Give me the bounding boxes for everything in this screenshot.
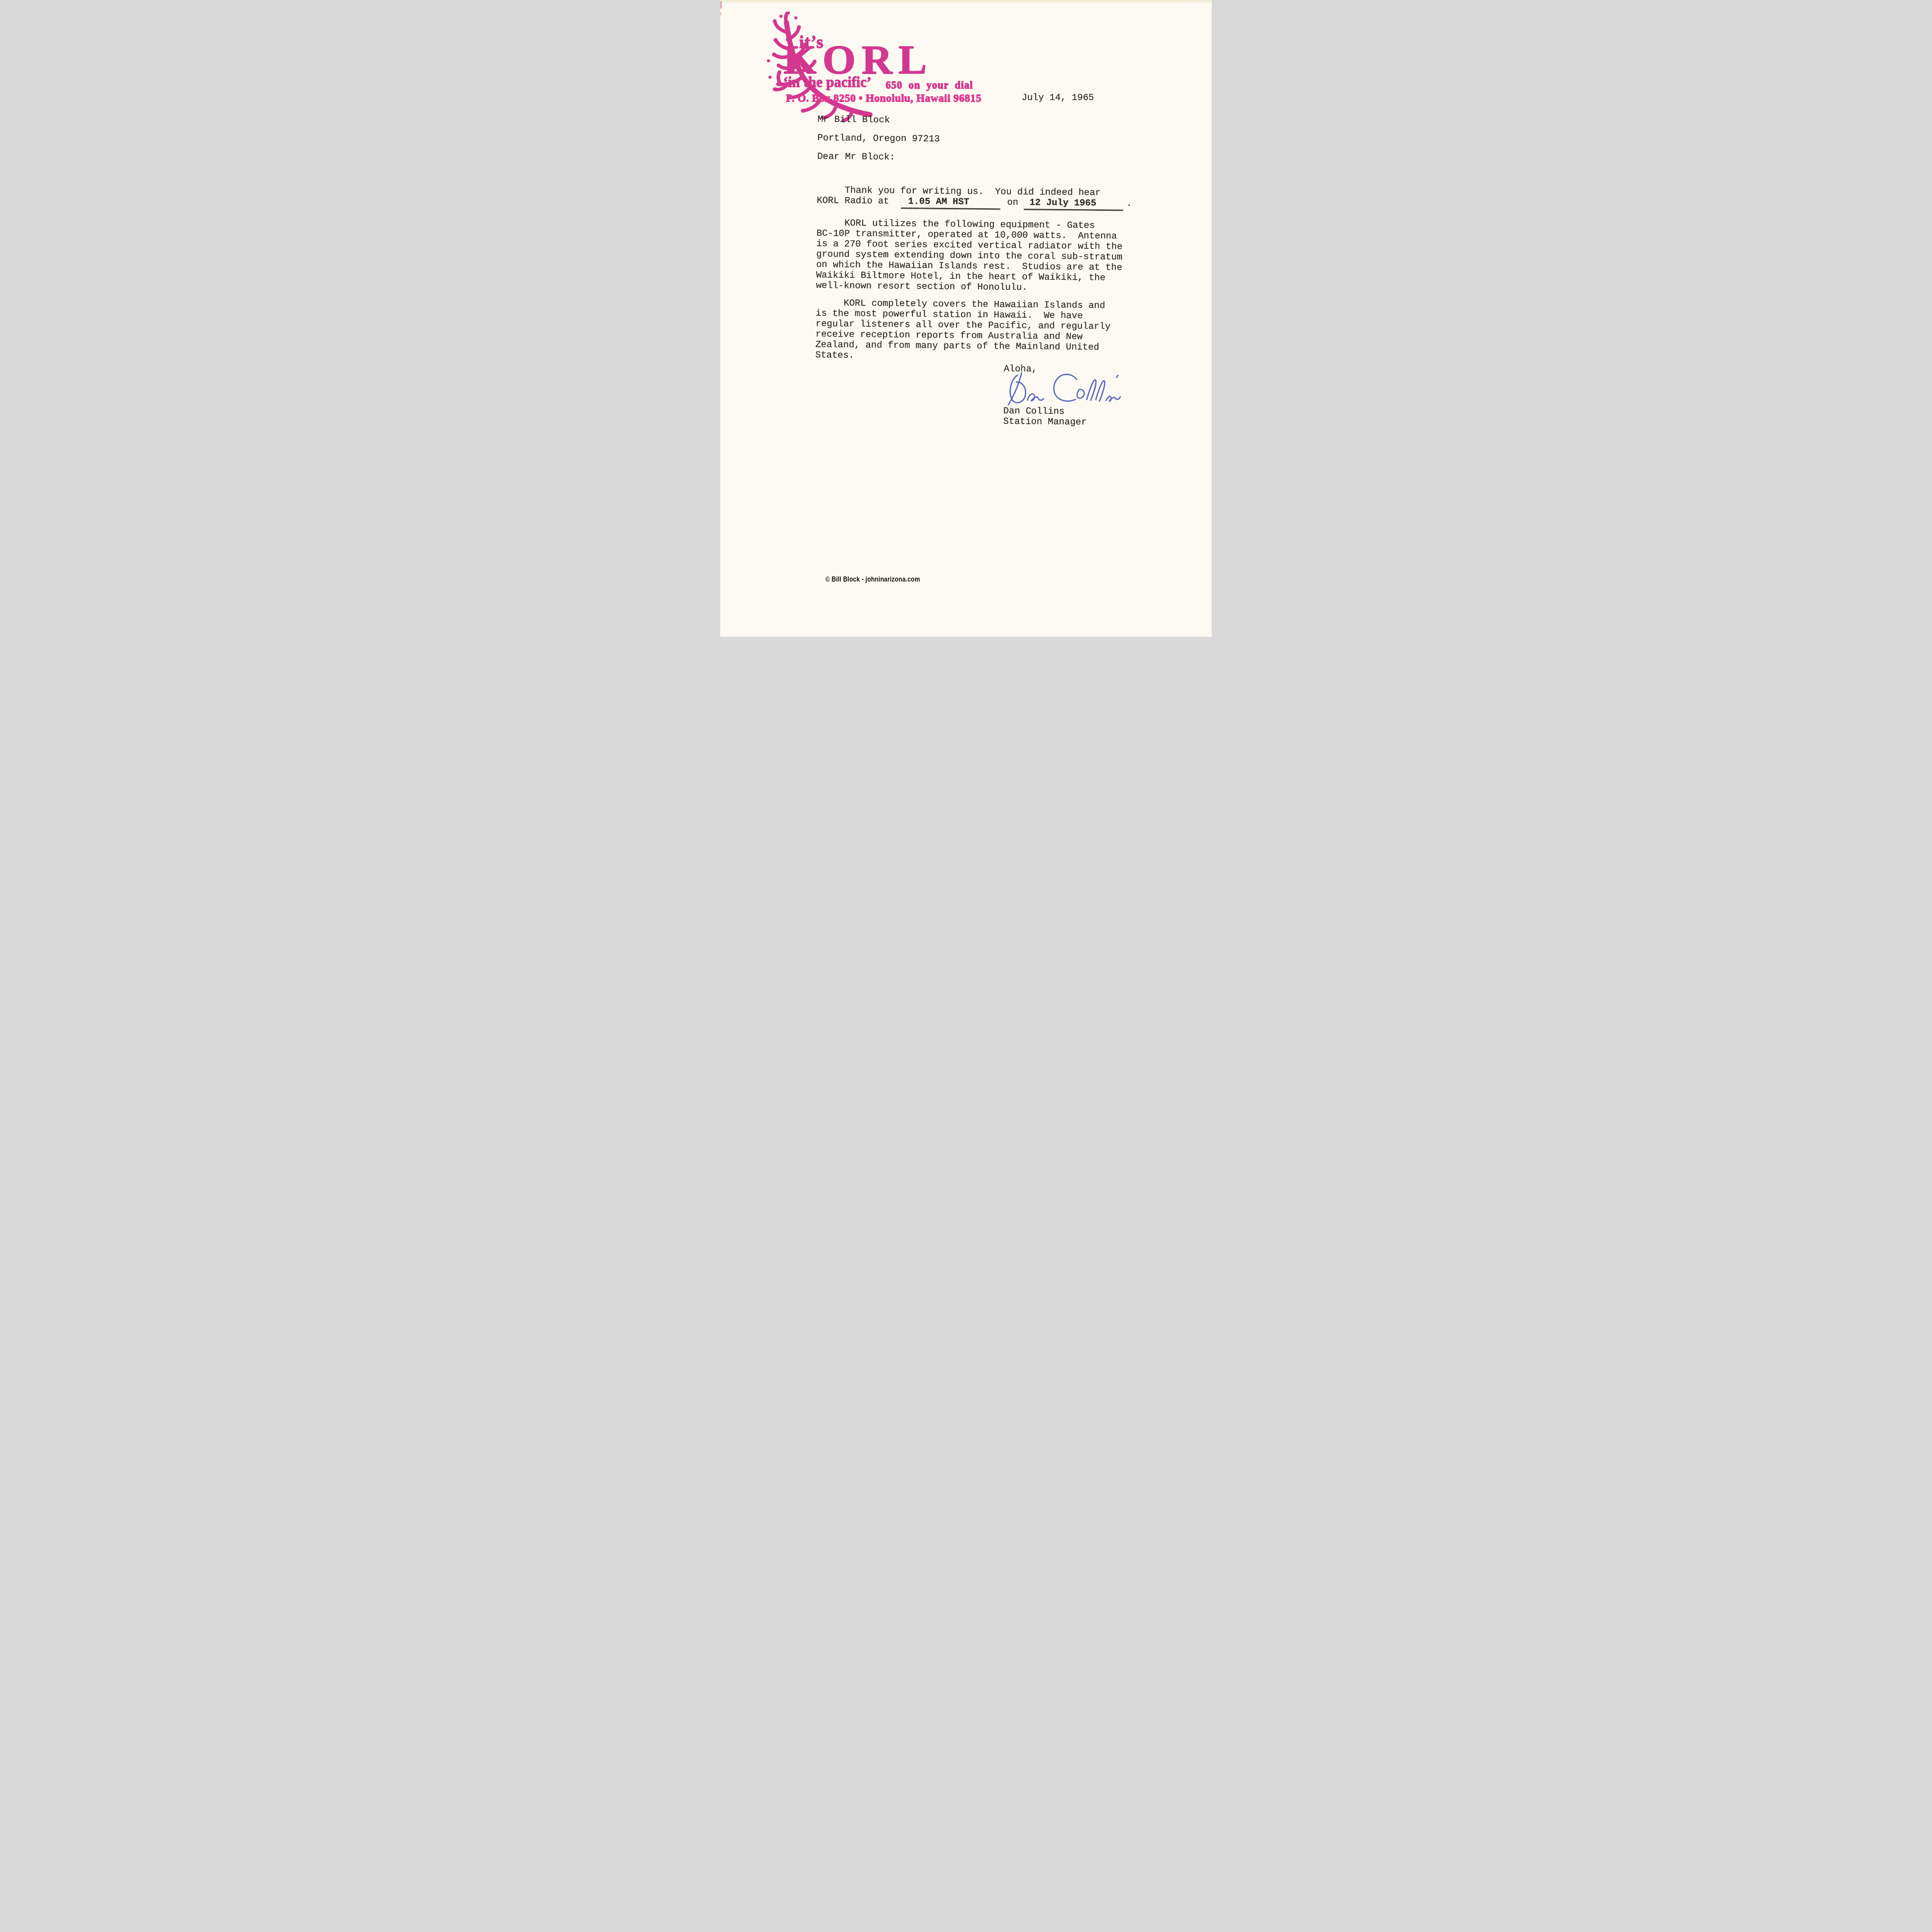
fill-in-mid: on (1007, 197, 1018, 208)
letterhead-address: P. O. Box 8250 • Honolulu, Hawaii 96815 (786, 93, 981, 105)
scan-artifact (720, 12, 721, 15)
letter-body: Mr Bill Block Portland, Oregon 97213 Dea… (815, 114, 1165, 429)
reception-time-value: 1.05 AM HST (901, 196, 1000, 209)
paragraph-2: KORL utilizes the following equipment - … (816, 218, 1165, 294)
signer-title: Station Manager (1003, 417, 1150, 429)
closing-block: Aloha, Dan Collins Station Manager (1003, 364, 1151, 429)
copyright-credit: © Bill Block - johninarizona.com (825, 575, 920, 583)
recipient-name: Mr Bill Block (818, 114, 1165, 128)
scan-artifact (720, 1, 722, 9)
date-line: July 14, 1965 (1022, 93, 1094, 103)
letter-page: it’s KORL ‘in the pacific’ 650 on your d… (720, 0, 1212, 637)
recipient-city: Portland, Oregon 97213 (817, 133, 1165, 147)
fill-in-prefix: KORL Radio at (817, 196, 889, 207)
letterhead-tagline: ‘in the pacific’ (783, 75, 871, 91)
handwritten-signature (1001, 367, 1125, 408)
salutation: Dear Mr Block: (817, 151, 1165, 165)
paragraph-3: KORL completely covers the Hawaiian Isla… (815, 298, 1164, 364)
letterhead-dial: 650 on your dial (886, 80, 973, 91)
reception-date-value: 12 July 1965 (1024, 197, 1123, 211)
fill-in-period: . (1126, 199, 1132, 209)
